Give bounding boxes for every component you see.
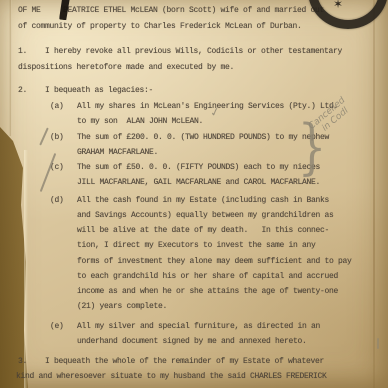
stamp-star-icon: ✶	[333, 0, 343, 11]
typed-line: 1. I hereby revoke all previous Wills, C…	[18, 47, 342, 57]
scanned-will-page: OF ME BEATRICE ETHEL McLEAN (born Scott)…	[0, 0, 388, 388]
typed-line: (c) The sum of £50. 0. 0. (FIFTY POUNDS)…	[50, 163, 320, 173]
typed-line: and Savings Accounts) equally between my…	[77, 211, 334, 221]
typed-line: GRAHAM MACFARLANE.	[77, 148, 158, 158]
typed-line: forms of investment they alone may deem …	[77, 257, 352, 267]
typed-line: dispositions heretofore made and execute…	[18, 63, 234, 73]
typed-line: 2. I bequeath as legacies:-	[18, 86, 153, 96]
paper-edge-highlight	[24, 150, 28, 388]
typed-line: kind and wheresoever situate to my husba…	[16, 372, 327, 382]
pencil-edge-tick	[377, 338, 379, 349]
paper-crease-left	[9, 0, 12, 136]
typed-line: (e) All my silver and special furniture,…	[50, 322, 320, 332]
typed-line: income as and when he or she attains the…	[77, 287, 338, 297]
typed-line: (21) years complete.	[77, 302, 167, 312]
typed-line: to my son ALAN JOHN McLEAN.	[77, 117, 203, 127]
typed-line: to each grandchild his or her share of c…	[77, 272, 338, 282]
typed-line: (a) All my shares in McLean's Engineerin…	[50, 102, 338, 112]
typed-line: (d) All the cash found in my Estate (inc…	[50, 196, 329, 206]
typed-line: will be alive at the date of my death. I…	[77, 226, 329, 236]
typed-line: JILL MACFARLANE, GAIL MACFARLANE and CAR…	[77, 178, 320, 188]
paper-crease-right	[373, 0, 375, 388]
typed-line: tion, I direct my Executors to invest th…	[77, 241, 316, 251]
typed-line: 3. I bequeath the whole of the remainder…	[18, 357, 324, 367]
typed-line: (b) The sum of £200. 0. 0. (TWO HUNDRED …	[50, 133, 329, 143]
typed-line: underhand document signed by me and anne…	[77, 337, 307, 347]
typed-line: of community of property to Charles Fred…	[18, 22, 302, 32]
